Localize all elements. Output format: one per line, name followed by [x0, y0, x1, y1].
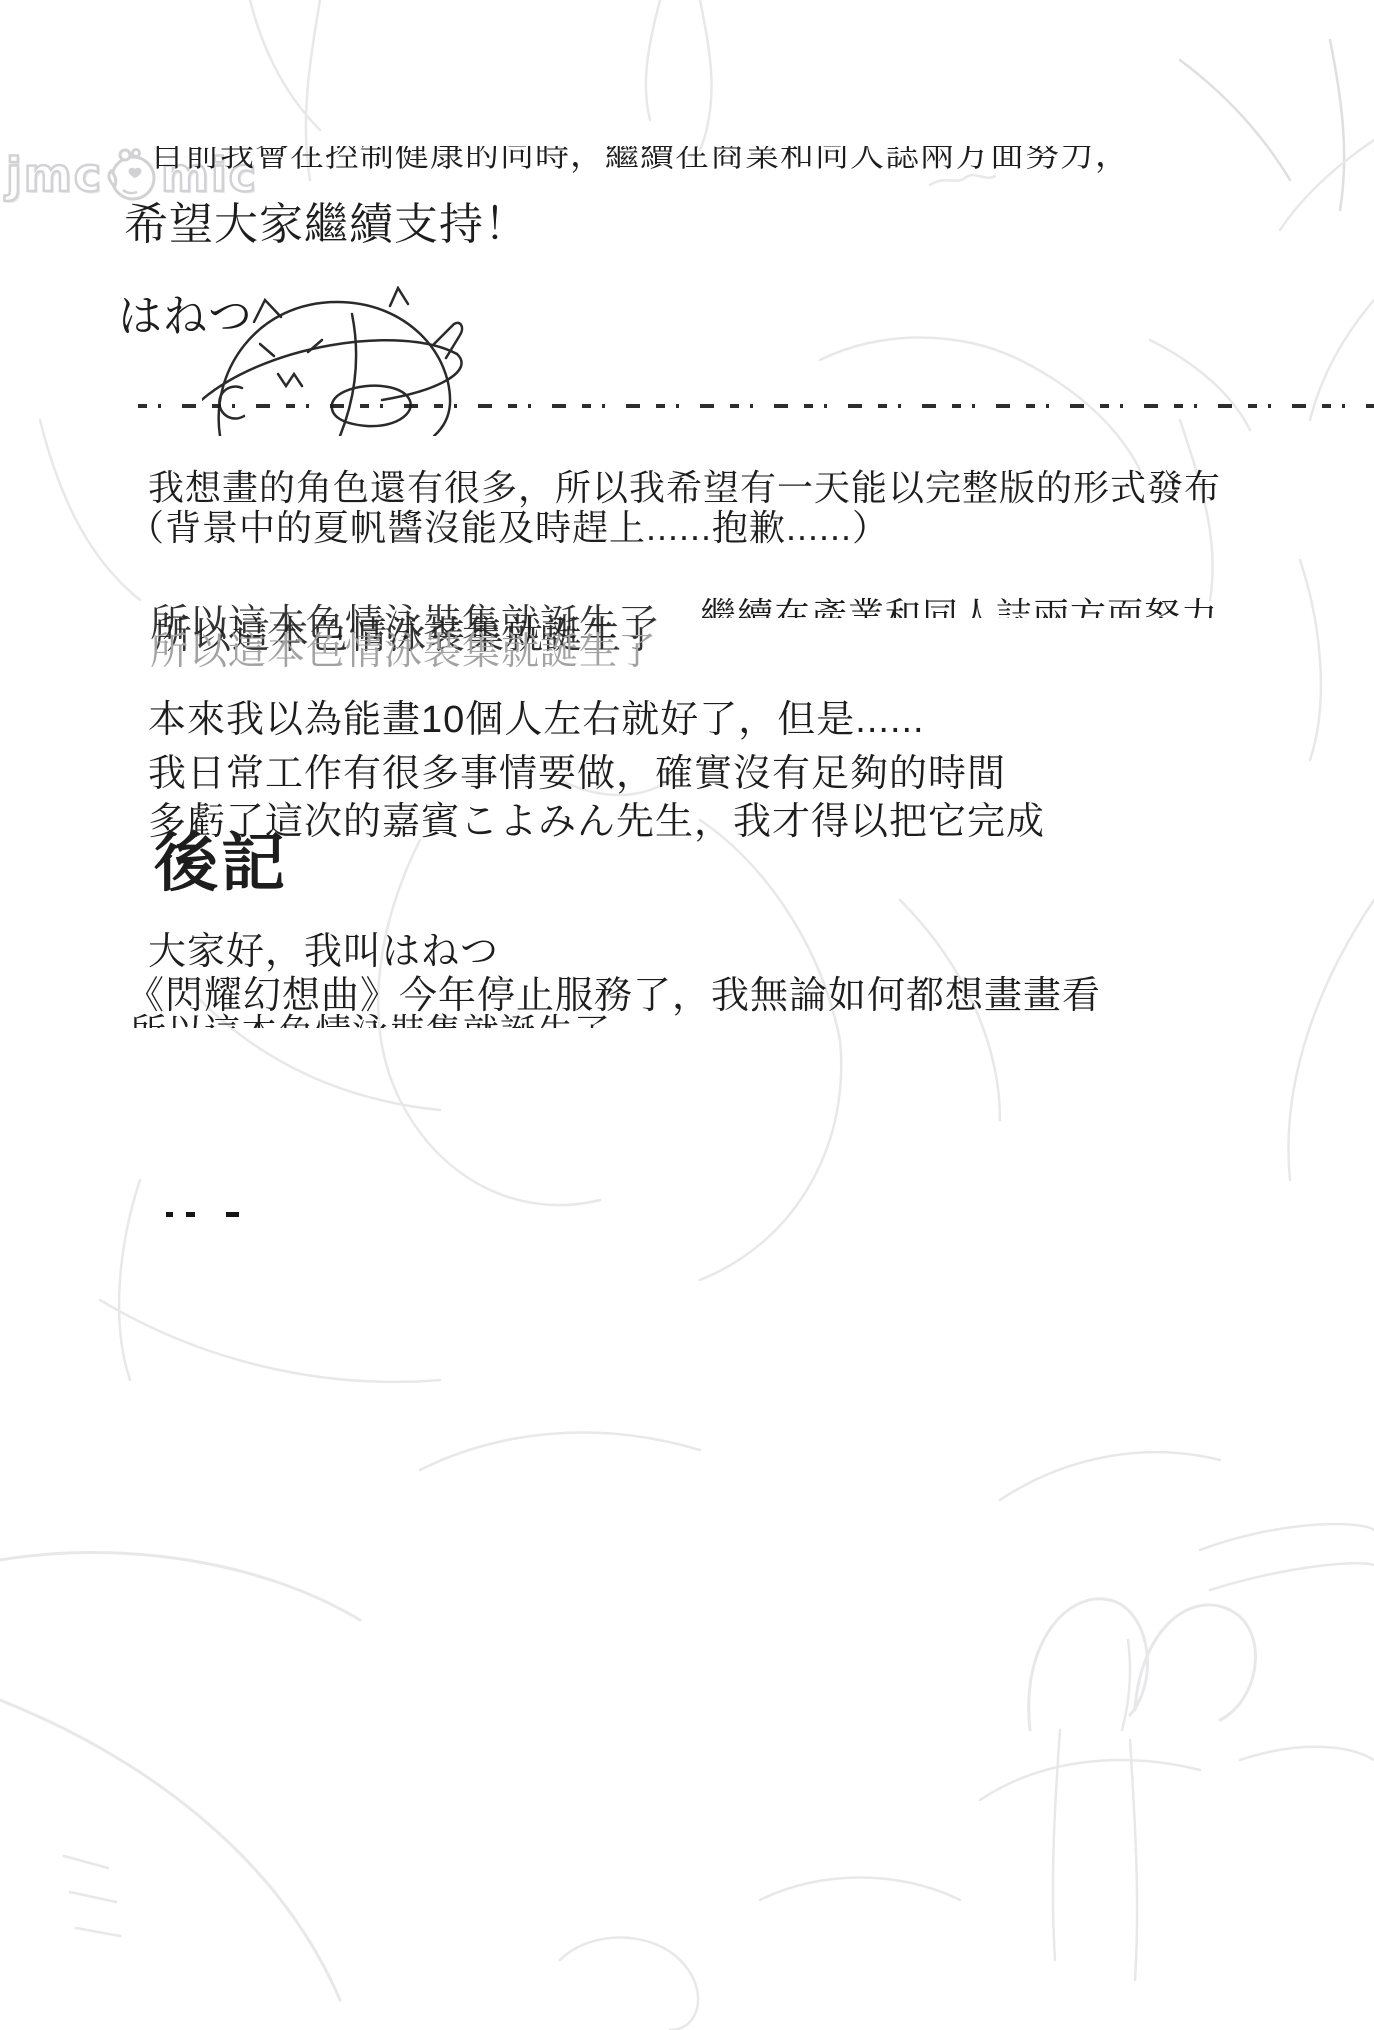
ghost-line-right-clipped: 繼續在產業和同人誌兩方面努力 [700, 594, 1260, 618]
clipped-text-remnant [186, 1212, 195, 1217]
support-line: 希望大家繼續支持！ [124, 188, 529, 252]
ghost-line-faint-copy: 所以這本色情泳裝集就誕生了 [150, 620, 657, 675]
para3-line3-clipped: 所以這本色情泳裝集就誕生了 [130, 1010, 930, 1028]
top-clipped-line: 目前我會在控制健康的同時，繼續在商業和同人誌兩方面努力， [150, 146, 1250, 178]
watermark-text-left: jmc [6, 148, 103, 202]
clipped-text-sliver [138, 404, 1374, 408]
para1-line2: （背景中的夏帆醬沒能及時趕上......抱歉......） [128, 500, 889, 551]
para2-line2: 我日常工作有很多事情要做，確實沒有足夠的時間 [148, 742, 1006, 797]
top-clipped-line-wrap: 目前我會在控制健康的同時，繼續在商業和同人誌兩方面努力， [150, 146, 1250, 178]
author-signature: はねつ [118, 280, 253, 344]
afterword-page: jmc mic 目前我會在控制健康的同時，繼續在商業和同人誌兩方面努力， 希望大… [0, 0, 1374, 2030]
para3-line3-clip-wrap: 所以這本色情泳裝集就誕生了 [130, 1010, 930, 1028]
afterword-heading: 後記 [154, 812, 288, 904]
para2-line1: 本來我以為能畫10個人左右就好了，但是...... [148, 688, 925, 743]
clipped-text-remnant [166, 1212, 173, 1217]
clipped-text-remnant [226, 1212, 239, 1217]
ghost-line-right-clip-wrap: 繼續在產業和同人誌兩方面努力 [700, 594, 1260, 618]
